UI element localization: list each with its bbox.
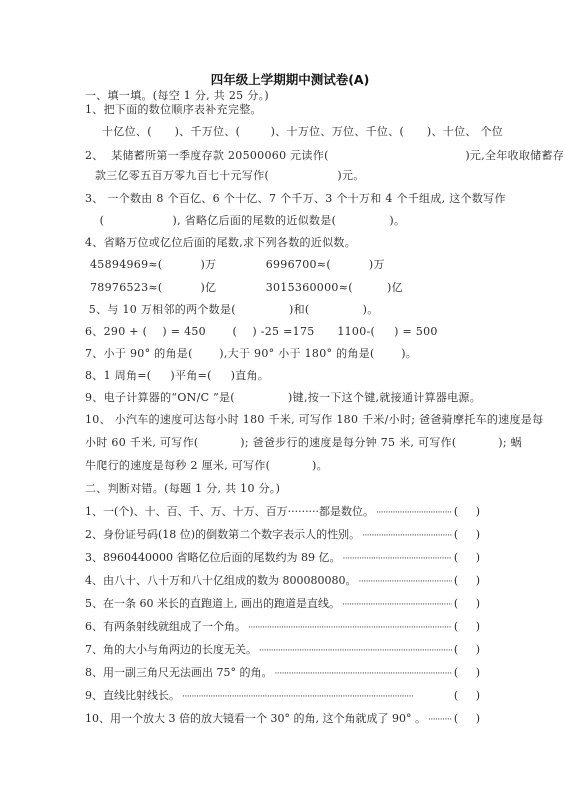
q8-text: 8、1 周角=( )平角=( )直角。 (85, 369, 269, 383)
answer-blank[interactable]: ( ) (454, 528, 480, 542)
answer-blank[interactable]: ( ) (454, 666, 480, 680)
judge-item: 9、直线比射线长。 ······························… (85, 689, 480, 704)
leader-dots: ········································… (362, 529, 452, 543)
q4-text: 4、省略万位或亿位后面的尾数,求下列各数的近似数。 (85, 236, 356, 250)
q6-text: 6、290 + ( ) = 450 ( ) -25 =175 1100-( ) … (85, 325, 438, 339)
q2-line2: 款三亿零五百万零九百七十元写作( )元。 (95, 169, 365, 183)
judge-item-text: 4、由八十、八十万和八十亿组成的数为 800080080。 (85, 574, 356, 588)
answer-blank[interactable]: ( ) (454, 712, 480, 726)
leader-dots: ········································… (259, 644, 452, 658)
judge-item: 3、8960440000 省略亿位后面的尾数约为 89 亿。 ·········… (85, 551, 480, 566)
judge-item-text: 3、8960440000 省略亿位后面的尾数约为 89 亿。 (85, 551, 340, 565)
leader-dots: ········································… (342, 598, 452, 612)
answer-blank[interactable]: ( ) (454, 597, 480, 611)
section2-heading: 二、判断对错。(每题 1 分, 共 10 分。) (85, 482, 280, 496)
exam-page: 四年级上学期期中测试卷(A) 一、填一填。(每空 1 分, 共 25 分。) 1… (0, 0, 565, 800)
answer-blank[interactable]: ( ) (454, 643, 480, 657)
exam-title: 四年级上学期期中测试卷(A) (0, 70, 565, 88)
judge-item-text: 8、用一副三角尺无法画出 75° 的角。 (85, 666, 273, 680)
leader-dots: ········································… (358, 575, 451, 589)
leader-dots: ········································… (376, 506, 452, 520)
answer-blank[interactable]: ( ) (454, 574, 480, 588)
q10-line2: 小时 60 千米, 可写作( ); 爸爸步行的速度是每分钟 75 米, 可写作(… (85, 436, 522, 450)
section1-heading: 一、填一填。(每空 1 分, 共 25 分。) (85, 89, 269, 103)
judge-item-text: 6、有两条射线就组成了一个角。 (85, 620, 246, 634)
q10-line3: 牛爬行的速度是每秒 2 厘米, 可写作( )。 (85, 459, 328, 473)
q10-line1: 10、 小汽车的速度可达每小时 180 千米, 可写作 180 千米/小时; 爸… (85, 413, 543, 427)
leader-dots: ········································… (275, 667, 452, 681)
judge-item-text: 10、用一个放大 3 倍的放大镜看一个 30° 的角, 这个角就成了 90° 。 (85, 712, 426, 726)
answer-blank[interactable]: ( ) (454, 689, 480, 703)
judge-item: 2、身份证号码(18 位)的倒数第二个数字表示人的性别。 ···········… (85, 528, 480, 543)
judge-item: 8、用一副三角尺无法画出 75° 的角。 ···················… (85, 666, 480, 681)
leader-dots: ········································… (428, 713, 452, 727)
q2-line1: 2、 某储蓄所第一季度存款 20500060 元读作( )元,全年收取储蓄存 (85, 149, 564, 163)
answer-blank[interactable]: ( ) (454, 620, 480, 634)
answer-blank[interactable]: ( ) (454, 505, 480, 519)
q5-text: 5、与 10 万相邻的两个数是( )和( )。 (85, 303, 379, 317)
leader-dots: ········································… (248, 621, 452, 635)
q4-row2: 78976523≈( )亿 3015360000≈( )亿 (90, 281, 403, 295)
judge-item: 1、一(个)、十、百、千、万、十万、百万·········都是数位。 ·····… (85, 505, 480, 520)
judge-item-text: 9、直线比射线长。 (85, 689, 180, 703)
q3-line2: ( ), 省略亿后面的尾数的近似数是( )。 (92, 214, 405, 228)
leader-dots: ········································… (342, 552, 451, 566)
q1-text: 1、把下面的数位顺序表补充完整。 (85, 103, 262, 117)
judge-item: 10、用一个放大 3 倍的放大镜看一个 30° 的角, 这个角就成了 90° 。… (85, 712, 480, 727)
answer-blank[interactable]: ( ) (454, 551, 480, 565)
judge-item-text: 5、在一条 60 米长的直跑道上, 画出的跑道是直线。 (85, 597, 340, 611)
judge-item-text: 1、一(个)、十、百、千、万、十万、百万·········都是数位。 (85, 505, 374, 519)
q4-row1: 45894969≈( )万 6996700≈( )万 (90, 258, 385, 272)
judge-item: 4、由八十、八十万和八十亿组成的数为 800080080。 ··········… (85, 574, 480, 589)
judge-item: 7、角的大小与角两边的长度无关。 ·······················… (85, 643, 480, 658)
q1-sequence: 十亿位、( )、千万位、( )、十万位、万位、千位、( )、十位、 个位 (102, 125, 503, 139)
q7-text: 7、小于 90° 的角是( ),大于 90° 小于 180° 的角是( )。 (85, 347, 417, 361)
judge-item-text: 7、角的大小与角两边的长度无关。 (85, 643, 257, 657)
leader-dots: ········································… (182, 690, 452, 704)
q3-line1: 3、 一个数由 8 个百亿、6 个十亿、7 个千万、3 个十万和 4 个千组成,… (85, 192, 506, 206)
judge-item: 5、在一条 60 米长的直跑道上, 画出的跑道是直线。 ············… (85, 597, 480, 612)
judge-item: 6、有两条射线就组成了一个角。 ························… (85, 620, 480, 635)
judge-item-text: 2、身份证号码(18 位)的倒数第二个数字表示人的性别。 (85, 528, 360, 542)
q9-text: 9、电子计算器的“ON/C ”是( )键,按一下这个键,就接通计算器电源。 (85, 391, 481, 405)
